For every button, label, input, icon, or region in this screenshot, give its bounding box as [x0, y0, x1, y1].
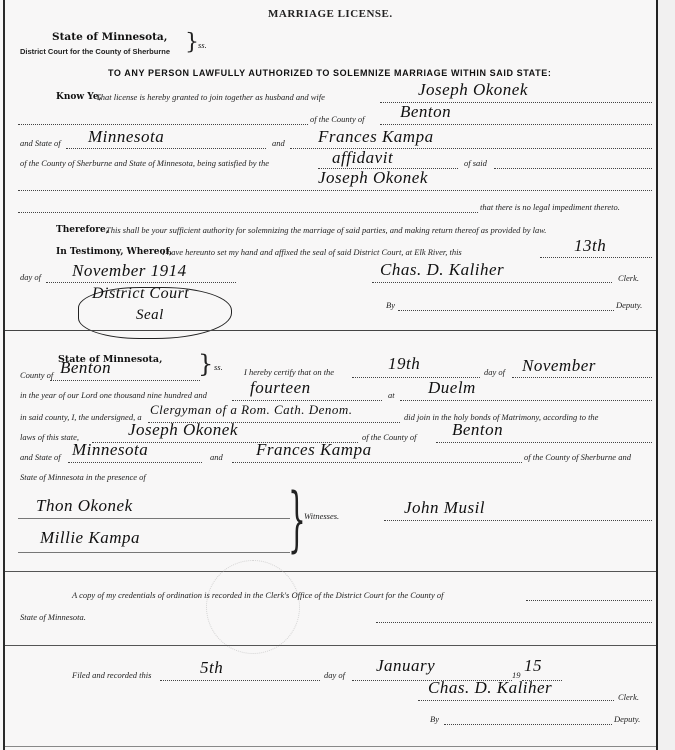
filed-day: 5th	[200, 658, 223, 678]
witness-1-line	[18, 518, 290, 519]
license-clerk-signature: Chas. D. Kaliher	[380, 260, 504, 280]
cert-groom-state-line	[68, 462, 202, 463]
certify-text: I hereby certify that on the	[244, 367, 334, 377]
by-label: By	[386, 300, 395, 310]
seal-text-line1: District Court	[92, 285, 189, 303]
cert-year: fourteen	[250, 378, 311, 398]
license-groom-name: Joseph Okonek	[418, 80, 528, 100]
testimony-label: In Testimony, Whereof,	[56, 247, 172, 257]
know-ye-text: That license is hereby granted to join t…	[96, 92, 325, 102]
issue-month-line	[46, 282, 236, 283]
bottom-rule	[5, 746, 656, 747]
issue-day-line	[540, 257, 652, 258]
cert-place: Duelm	[428, 378, 476, 398]
place-line	[400, 400, 652, 401]
cert-bride: Frances Kampa	[256, 440, 372, 460]
cert-county-label: County of	[20, 370, 53, 380]
cert-bride-line	[232, 462, 522, 463]
document-title: MARRIAGE LICENSE.	[268, 8, 393, 20]
filed-text: Filed and recorded this	[72, 670, 151, 680]
of-said-line	[494, 168, 652, 169]
license-groom-state: Minnesota	[88, 127, 164, 147]
filed-day-line	[160, 680, 320, 681]
of-said-label: of said	[464, 158, 487, 168]
cert-officiant-title: Clergyman of a Rom. Cath. Denom.	[150, 402, 353, 418]
cert-and-state-label: and State of	[20, 452, 61, 462]
faded-stamp	[206, 560, 300, 654]
witness-1: Thon Okonek	[36, 496, 133, 516]
license-issue-day: 13th	[574, 236, 606, 256]
credentials-state: State of Minnesota.	[20, 612, 86, 622]
filed-day-of-label: day of	[324, 670, 345, 680]
at-label: at	[388, 390, 395, 400]
section-divider	[5, 330, 656, 331]
of-county-label: of the County of	[310, 114, 365, 124]
cert-brace: }	[198, 350, 213, 378]
license-satisfied-by: affidavit	[332, 148, 393, 168]
filed-deputy-label: Deputy.	[614, 714, 640, 724]
presence-text: State of Minnesota in the presence of	[20, 472, 146, 482]
cert-groom: Joseph Okonek	[128, 420, 238, 440]
therefore-label: Therefore,	[56, 225, 109, 235]
clerk-line	[372, 282, 612, 283]
right-margin	[658, 0, 675, 750]
cert-month-line	[512, 377, 652, 378]
therefore-text: This shall be your sufficient authority …	[106, 225, 546, 235]
left-border	[3, 0, 5, 750]
year-text: in the year of our Lord one thousand nin…	[20, 390, 207, 400]
deputy-label: Deputy.	[616, 300, 642, 310]
laws-text: laws of this state,	[20, 432, 79, 442]
cert-day: 19th	[388, 354, 420, 374]
blank-line	[18, 124, 308, 125]
venue-ss: ss.	[198, 40, 207, 50]
filed-clerk-label: Clerk.	[618, 692, 639, 702]
cert-county-line	[50, 380, 200, 381]
clerk-label: Clerk.	[618, 273, 639, 283]
filed-month: January	[376, 656, 435, 676]
know-ye-label: Know Ye,	[56, 92, 102, 102]
filed-year-suffix: 15	[524, 656, 542, 676]
cert-ss: ss.	[214, 362, 223, 372]
officiant-signature-line	[384, 520, 652, 521]
cert-groom-county: Benton	[452, 420, 503, 440]
address-line: TO ANY PERSON LAWFULLY AUTHORIZED TO SOL…	[108, 68, 551, 78]
credentials-county-line	[526, 600, 652, 601]
license-bride-name: Frances Kampa	[318, 127, 434, 147]
state-line	[66, 148, 266, 149]
cert-day-of-label: day of	[484, 367, 505, 377]
cert-bride-residence: of the County of Sherburne and	[524, 452, 631, 462]
testimony-text: I have hereunto set my hand and affixed …	[162, 247, 462, 257]
license-groom-county: Benton	[400, 102, 451, 122]
venue-state: State of Minnesota,	[52, 31, 167, 43]
witness-2: Millie Kampa	[40, 528, 140, 548]
county-line	[380, 124, 652, 125]
venue-brace: }	[185, 30, 199, 55]
cert-groom-state: Minnesota	[72, 440, 148, 460]
cert-groom-county-line	[436, 442, 652, 443]
cert-month: November	[522, 356, 596, 376]
venue-court: District Court for the County of Sherbur…	[20, 47, 170, 56]
filing-divider	[5, 645, 656, 646]
filed-deputy-line	[444, 724, 612, 725]
filed-clerk-line	[418, 700, 614, 701]
undersigned-text: in said county, I, the undersigned, a	[20, 412, 142, 422]
bride-residence-text: of the County of Sherburne and State of …	[20, 158, 269, 168]
credentials-signature-line	[376, 622, 652, 623]
impediment-line	[18, 212, 478, 213]
credentials-divider	[5, 571, 656, 572]
issue-day-of-label: day of	[20, 272, 41, 282]
filed-clerk-signature: Chas. D. Kaliher	[428, 678, 552, 698]
filed-by-label: By	[430, 714, 439, 724]
and-label: and	[272, 138, 285, 148]
license-affiant: Joseph Okonek	[318, 168, 428, 188]
and-state-label: and State of	[20, 138, 61, 148]
cert-county: Benton	[60, 358, 111, 378]
credentials-text: A copy of my credentials of ordination i…	[72, 590, 444, 600]
deputy-line	[398, 310, 614, 311]
year-line	[232, 400, 382, 401]
cert-officiant-signature: John Musil	[404, 498, 485, 518]
marriage-license-document: MARRIAGE LICENSE. State of Minnesota, Di…	[0, 0, 675, 750]
license-issue-month-year: November 1914	[72, 261, 187, 281]
witnesses-label: Witnesses.	[304, 511, 339, 521]
seal-text-line2: Seal	[136, 307, 164, 324]
cert-and-label: and	[210, 452, 223, 462]
impediment-text: that there is no legal impediment theret…	[480, 202, 620, 212]
affiant-line	[18, 190, 652, 191]
witness-2-line	[18, 552, 290, 553]
